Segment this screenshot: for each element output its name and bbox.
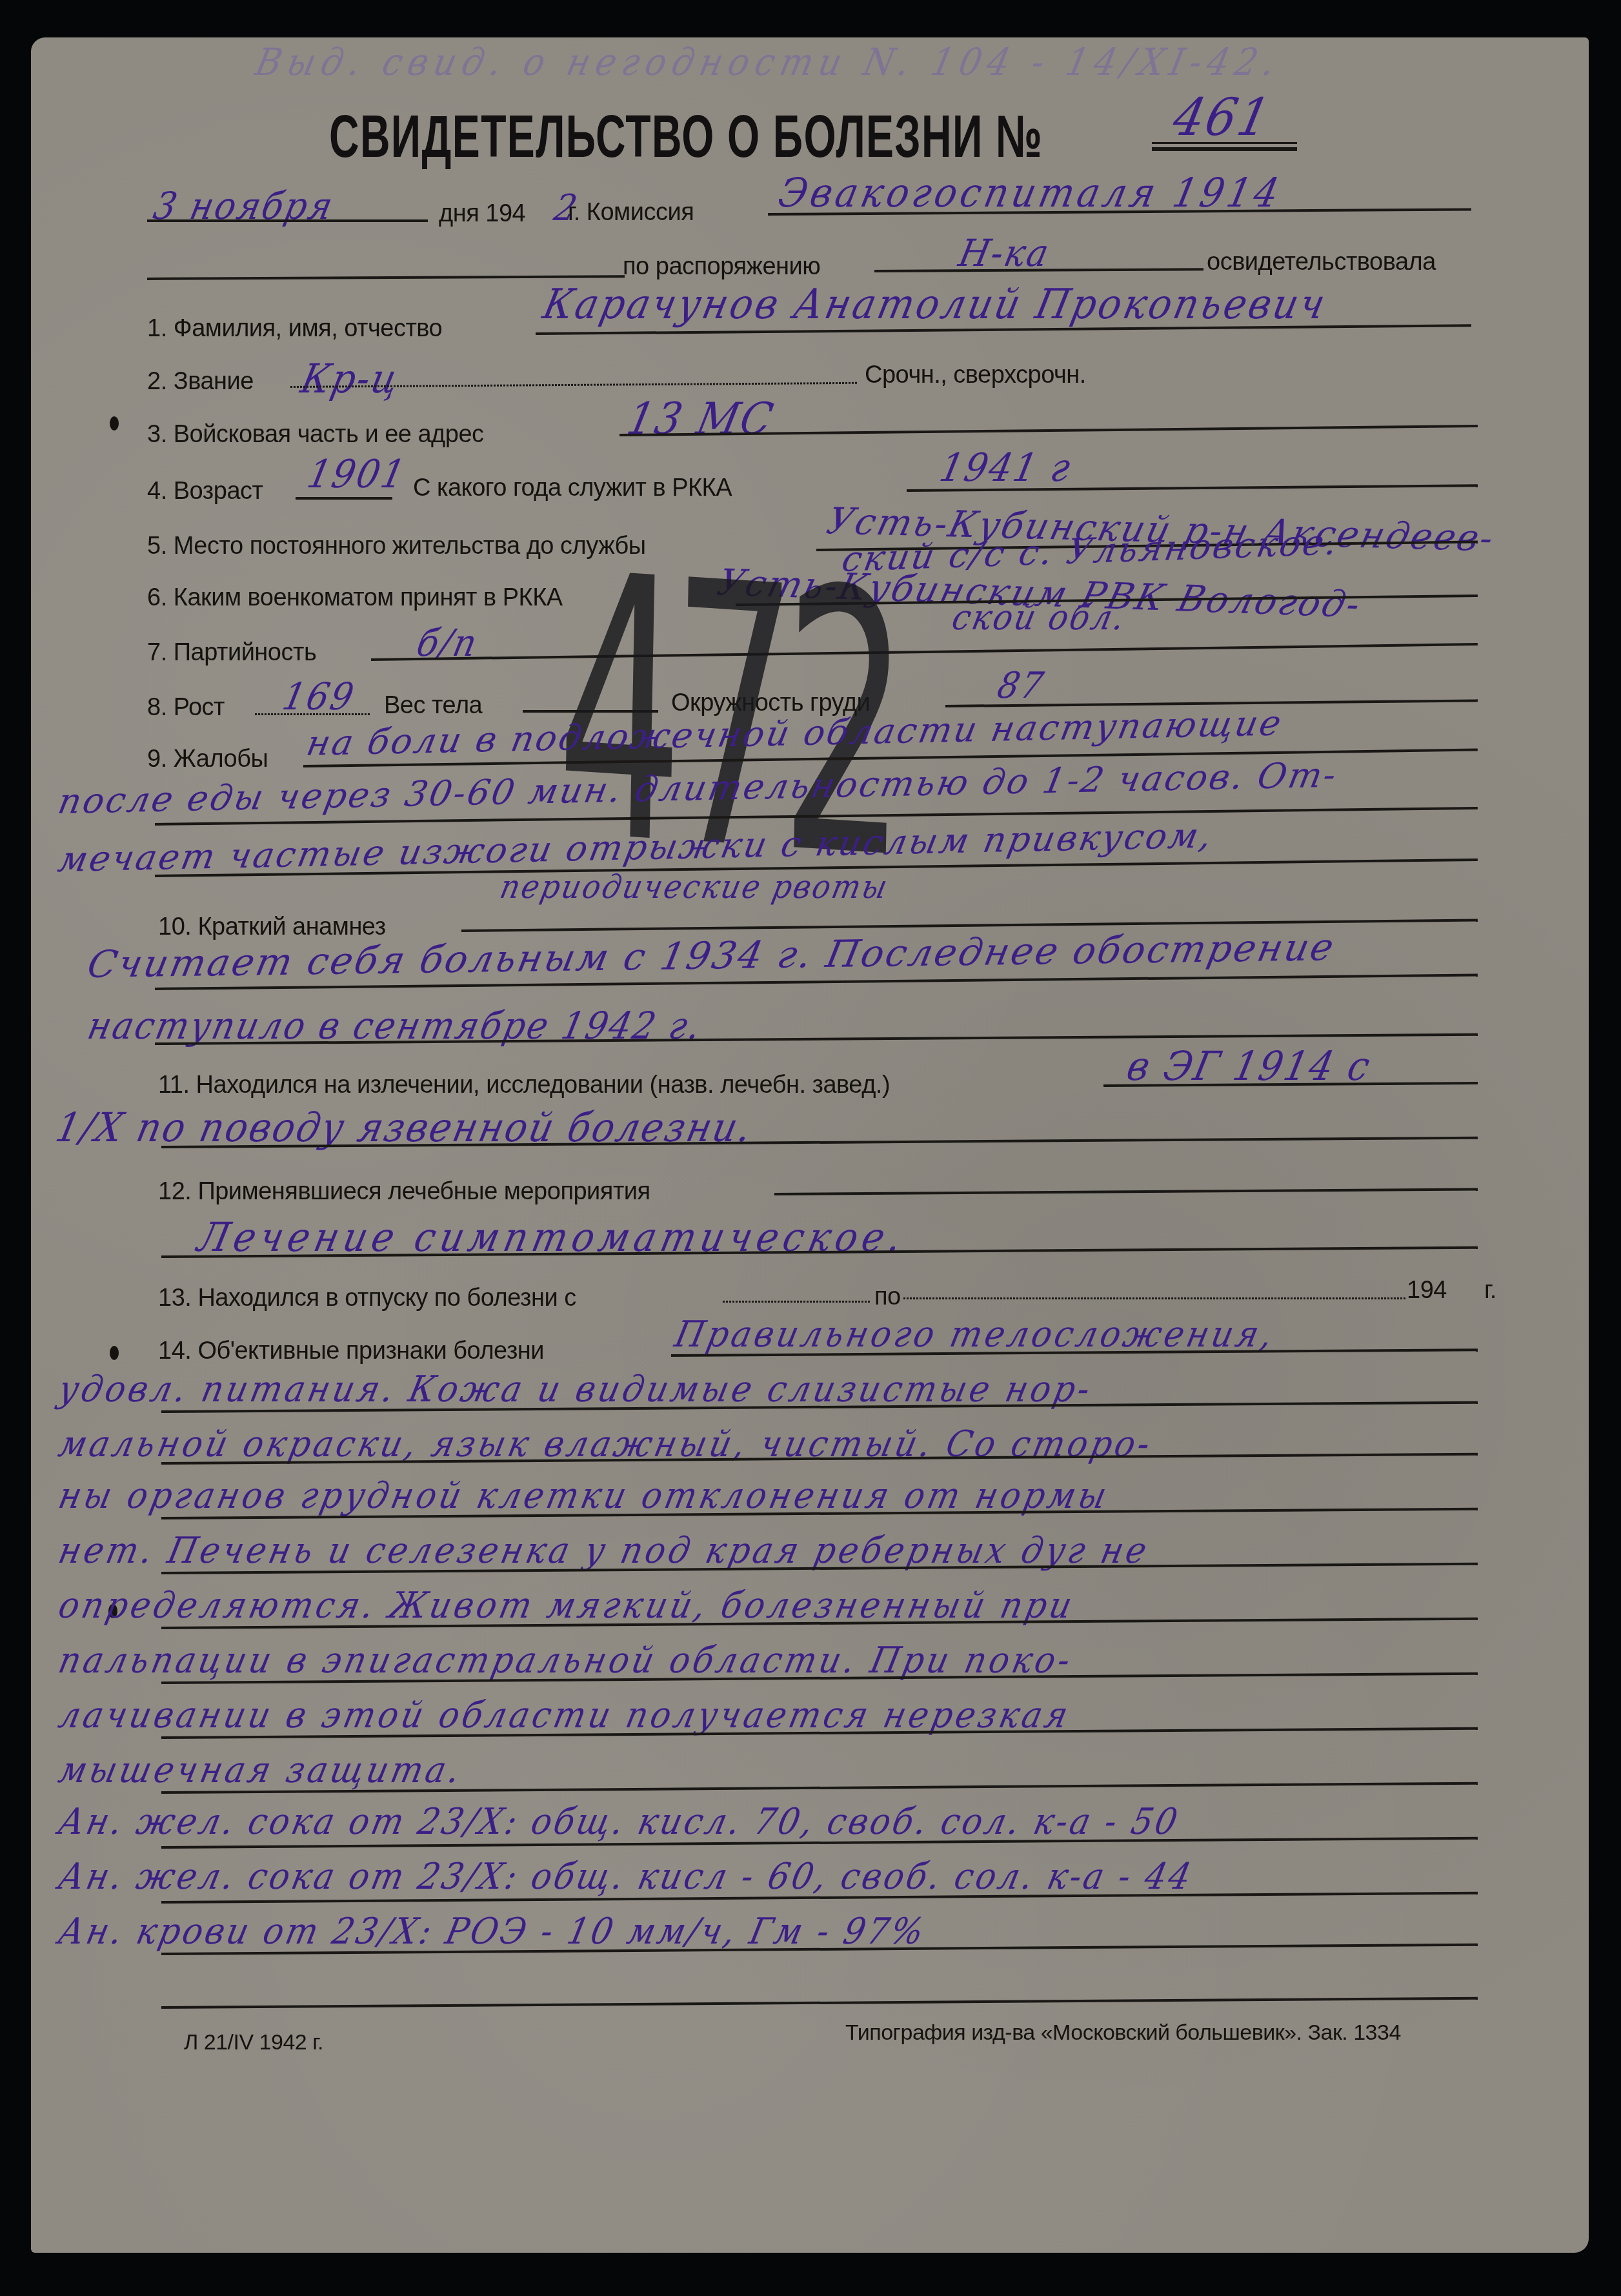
archive-note: Выд. свид. о негодности N. 104 - 14/XI-4… [252,40,1285,84]
field-4-value2: 1941 г [936,445,1076,491]
field-14-label: 14. Об'ективные признаки болезни [158,1337,544,1365]
field-14-value: Правильного телосложения, [671,1314,1279,1356]
field-14-line-3: ны органов грудной клетки отклонения от … [55,1475,1113,1517]
footer-printer: Типография изд-ва «Московский большевик»… [845,2020,1401,2046]
field-8-underline [255,713,371,715]
field-4-value: 1901 [303,452,410,497]
commission-value: Эвакогоспиталя 1914 [774,169,1287,216]
field-11-label: 11. Находился на излечении, исследовании… [158,1072,890,1099]
field-7-label: 7. Партийность [147,639,316,667]
field-14-line-1: удовл. питания. Кожа и видимые слизистые… [55,1368,1096,1410]
field-14-line-6: пальпации в эпигастральной области. При … [55,1640,1077,1681]
field-2-label: 2. Звание [147,368,254,396]
date-underline [147,219,428,222]
field-9-line-4: периодические рвоты [497,868,892,906]
field-4-underline [296,497,392,500]
field-6-label: 6. Каким военкоматом принят в РККА [147,584,563,612]
field-14-line-11: Ан. крови от 23/X: РОЭ - 10 мм/ч, Гм - 9… [55,1911,929,1953]
field-4-label: 4. Возраст [147,478,263,505]
field-14-line-9: Ан. жел. сока от 23/X: общ. кисл. 70, св… [55,1801,1183,1843]
field-6-value-cont: ской обл. [949,597,1130,638]
field-13-label4: г. [1484,1277,1496,1305]
field-8-label: 8. Рост [147,694,225,722]
field-8-label2: Вес тела [384,692,482,720]
field-14-line-5: определяются. Живот мягкий, болезненный … [55,1585,1078,1627]
field-2-suffix: Срочн., сверхсрочн. [865,361,1086,389]
order-label: по распоряжению [623,253,820,281]
year-suffix: г. Комиссия [568,199,694,227]
field-1-label: 1. Фамилия, имя, отчество [147,315,442,343]
field-14-line-8: мышечная защита. [55,1749,467,1791]
field-9-label: 9. Жалобы [147,746,268,773]
binder-hole [110,1346,119,1360]
field-13-to-line [903,1297,1407,1299]
field-3-value: 13 МС [623,394,779,445]
field-8-value3: 87 [994,665,1049,707]
day-label: дня 194 [439,200,525,228]
field-13-label2: по [874,1283,901,1311]
field-14-line-7: лачивании в этой области получается нере… [55,1694,1074,1736]
field-12-label: 12. Применявшиеся лечебные мероприятия [158,1178,650,1206]
number-underline [1152,142,1297,144]
number-underline-2 [1152,147,1297,151]
examined-label: освидетельствовала [1207,249,1436,276]
field-3-label: 3. Войсковая часть и ее адрес [147,421,484,449]
binder-hole [110,416,119,431]
page-title: СВИДЕТЕЛЬСТВО О БОЛЕЗНИ № [329,103,1043,171]
field-1-value: Карачунов Анатолий Прокопьевич [539,281,1331,329]
field-13-label: 13. Находился в отпуску по болезни с [158,1285,576,1312]
field-10-label: 10. Краткий анамнез [158,913,386,941]
footer-form-code: Л 21/IV 1942 г. [184,2030,323,2055]
field-14-line-10: Ан. жел. сока от 23/X: общ. кисл - 60, с… [55,1856,1197,1898]
field-8-value: 169 [279,675,359,718]
field-13-from-line [723,1301,871,1303]
field-13-label3: 194 [1407,1277,1447,1305]
certificate-number: 461 [1168,87,1277,147]
field-2-value: Кр-ц [297,355,404,402]
